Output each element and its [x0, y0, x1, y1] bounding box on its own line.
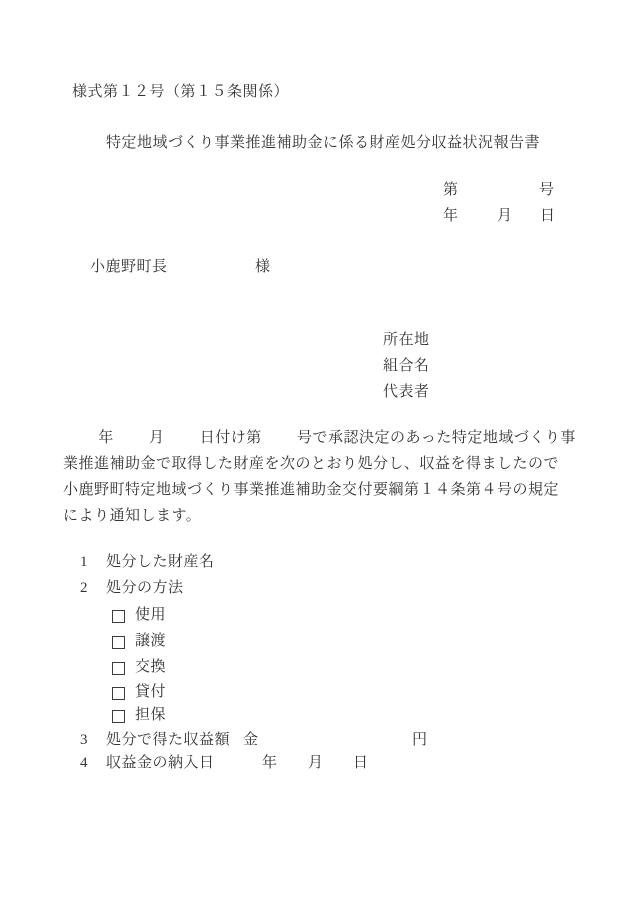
item-label: 収益金の納入日 [106, 754, 215, 772]
checkbox-icon [112, 710, 125, 723]
sender-location-label: 所在地 [383, 331, 430, 349]
addressee-name: 小鹿野町長 [90, 258, 168, 276]
payment-day-label: 日 [353, 754, 369, 772]
doc-number-prefix: 第 [443, 181, 459, 199]
list-item-2: 2 処分の方法 [0, 579, 630, 601]
sender-representative-label: 代表者 [383, 383, 430, 401]
checkbox-row-use: 使用 [0, 606, 630, 628]
checkbox-row-exchange: 交換 [0, 658, 630, 680]
list-item-4: 4 収益金の納入日 年 月 日 [0, 754, 630, 776]
item-number: 3 [80, 731, 88, 749]
checkbox-icon [112, 662, 125, 675]
checkbox-row-collateral: 担保 [0, 706, 630, 728]
checkbox-label: 交換 [135, 658, 166, 676]
checkbox-icon [112, 687, 125, 700]
checkbox-label: 譲渡 [135, 632, 166, 650]
doc-date-day-label: 日 [540, 207, 556, 225]
body-line: 業推進補助金で取得した財産を次のとおり処分し、収益を得ましたので [63, 451, 571, 477]
checkbox-row-loan: 貸付 [0, 683, 630, 705]
body-line: 小鹿野町特定地域づくり事業推進補助金交付要綱第１４条第４号の規定 [63, 477, 571, 503]
checkbox-row-transfer: 譲渡 [0, 632, 630, 654]
item-label: 処分で得た収益額 [106, 731, 230, 749]
document-page: 様式第１２号（第１５条関係） 特定地域づくり事業推進補助金に係る財産処分収益状況… [0, 0, 630, 903]
currency-prefix-label: 金 [243, 731, 259, 749]
sender-association-label: 組合名 [383, 357, 430, 375]
doc-date-line: 年 月 日 [0, 207, 630, 229]
sender-block: 所在地 組合名 代表者 [383, 331, 430, 401]
list-item-1: 1 処分した財産名 [0, 553, 630, 575]
doc-number-line: 第 号 [0, 181, 630, 203]
item-label: 処分の方法 [106, 579, 184, 597]
payment-month-label: 月 [308, 754, 324, 772]
doc-date-year-label: 年 [443, 207, 459, 225]
body-line: により通知します。 [63, 503, 571, 529]
item-number: 1 [80, 553, 88, 571]
checkbox-icon [112, 636, 125, 649]
checkbox-label: 使用 [135, 606, 166, 624]
checkbox-label: 貸付 [135, 683, 166, 701]
list-item-3: 3 処分で得た収益額 金 円 [0, 731, 630, 753]
currency-suffix-label: 円 [412, 731, 428, 749]
addressee-honorific: 様 [255, 258, 271, 276]
addressee-line: 小鹿野町長 様 [0, 258, 630, 280]
form-number-note: 様式第１２号（第１５条関係） [72, 83, 289, 101]
doc-date-month-label: 月 [497, 207, 513, 225]
checkbox-icon [112, 610, 125, 623]
item-label: 処分した財産名 [106, 553, 215, 571]
doc-number-suffix: 号 [539, 181, 555, 199]
body-line: 年 月 日付け第 号で承認決定のあった特定地域づくり事 [63, 425, 571, 451]
payment-year-label: 年 [262, 754, 278, 772]
item-number: 4 [80, 754, 88, 772]
checkbox-label: 担保 [135, 706, 166, 724]
item-number: 2 [80, 579, 88, 597]
document-title: 特定地域づくり事業推進補助金に係る財産処分収益状況報告書 [106, 134, 540, 152]
body-paragraph: 年 月 日付け第 号で承認決定のあった特定地域づくり事 業推進補助金で取得した財… [63, 425, 571, 529]
